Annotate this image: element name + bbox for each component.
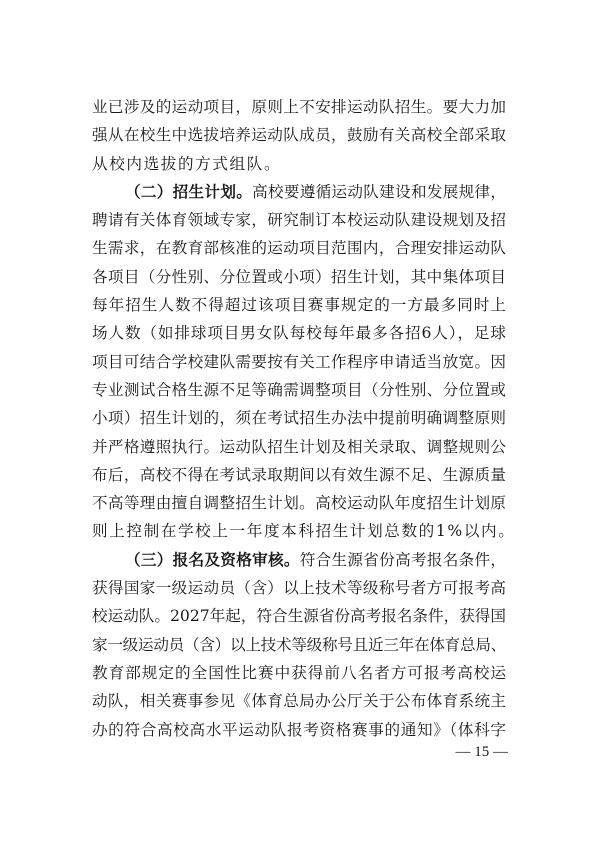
text-line: 专业测试合格生源不足等确需调整项目（分性别、分位置或 <box>92 376 506 404</box>
text-line: 则上控制在学校上一年度本科招生计划总数的1%以内。 <box>92 517 506 545</box>
text-line: 不高等理由擅自调整招生计划。高校运动队年度招生计划原 <box>92 489 506 517</box>
text-line: 校运动队。2027年起，符合生源省份高考报名条件，获得国 <box>92 602 506 630</box>
text-line: 办的符合高校高水平运动队报考资格赛事的通知》（体科字 <box>92 716 506 744</box>
text-run: 高校要遵循运动队建设和发展规律， <box>252 183 506 201</box>
paragraph-first-line: （二）招生计划。高校要遵循运动队建设和发展规律， <box>92 178 506 206</box>
text-line: 动队，相关赛事参见《体育总局办公厅关于公布体育系统主 <box>92 687 506 715</box>
text-line: 并严格遵照执行。运动队招生计划及相关录取、调整规则公 <box>92 433 506 461</box>
text-line: 教育部规定的全国性比赛中获得前八名者方可报考高校运 <box>92 659 506 687</box>
text-line: 强从在校生中选拔培养运动队成员，鼓励有关高校全部采取 <box>92 121 506 149</box>
text-line: 场人数（如排球项目男女队每校每年最多各招6人），足球 <box>92 319 506 347</box>
text-line: 生需求，在教育部核准的运动项目范围内，合理安排运动队 <box>92 234 506 262</box>
body-text: 业已涉及的运动项目，原则上不安排运动队招生。要大力加 强从在校生中选拔培养运动队… <box>92 93 506 744</box>
section-heading-registration-review: （三）报名及资格审核。 <box>125 551 300 569</box>
page-number: — 15 — <box>448 744 508 761</box>
document-page: 业已涉及的运动项目，原则上不安排运动队招生。要大力加 强从在校生中选拔培养运动队… <box>0 0 595 842</box>
text-line: 布后，高校不得在考试录取期间以有效生源不足、生源质量 <box>92 461 506 489</box>
text-line: 各项目（分性别、分位置或小项）招生计划，其中集体项目 <box>92 263 506 291</box>
text-line: 每年招生人数不得超过该项目赛事规定的一方最多同时上 <box>92 291 506 319</box>
text-line: 小项）招生计划的，须在考试招生办法中提前明确调整原则 <box>92 404 506 432</box>
section-heading-enrollment-plan: （二）招生计划。 <box>125 183 252 201</box>
text-line: 项目可结合学校建队需要按有关工作程序申请适当放宽。因 <box>92 348 506 376</box>
text-line: 从校内选拔的方式组队。 <box>92 150 506 178</box>
text-run: 符合生源省份高考报名条件， <box>300 551 506 569</box>
text-line: 获得国家一级运动员（含）以上技术等级称号者方可报考高 <box>92 574 506 602</box>
text-line: 家一级运动员（含）以上技术等级称号且近三年在体育总局、 <box>92 631 506 659</box>
text-line: 聘请有关体育领域专家，研究制订本校运动队建设规划及招 <box>92 206 506 234</box>
text-line: 业已涉及的运动项目，原则上不安排运动队招生。要大力加 <box>92 93 506 121</box>
paragraph-first-line: （三）报名及资格审核。符合生源省份高考报名条件， <box>92 546 506 574</box>
